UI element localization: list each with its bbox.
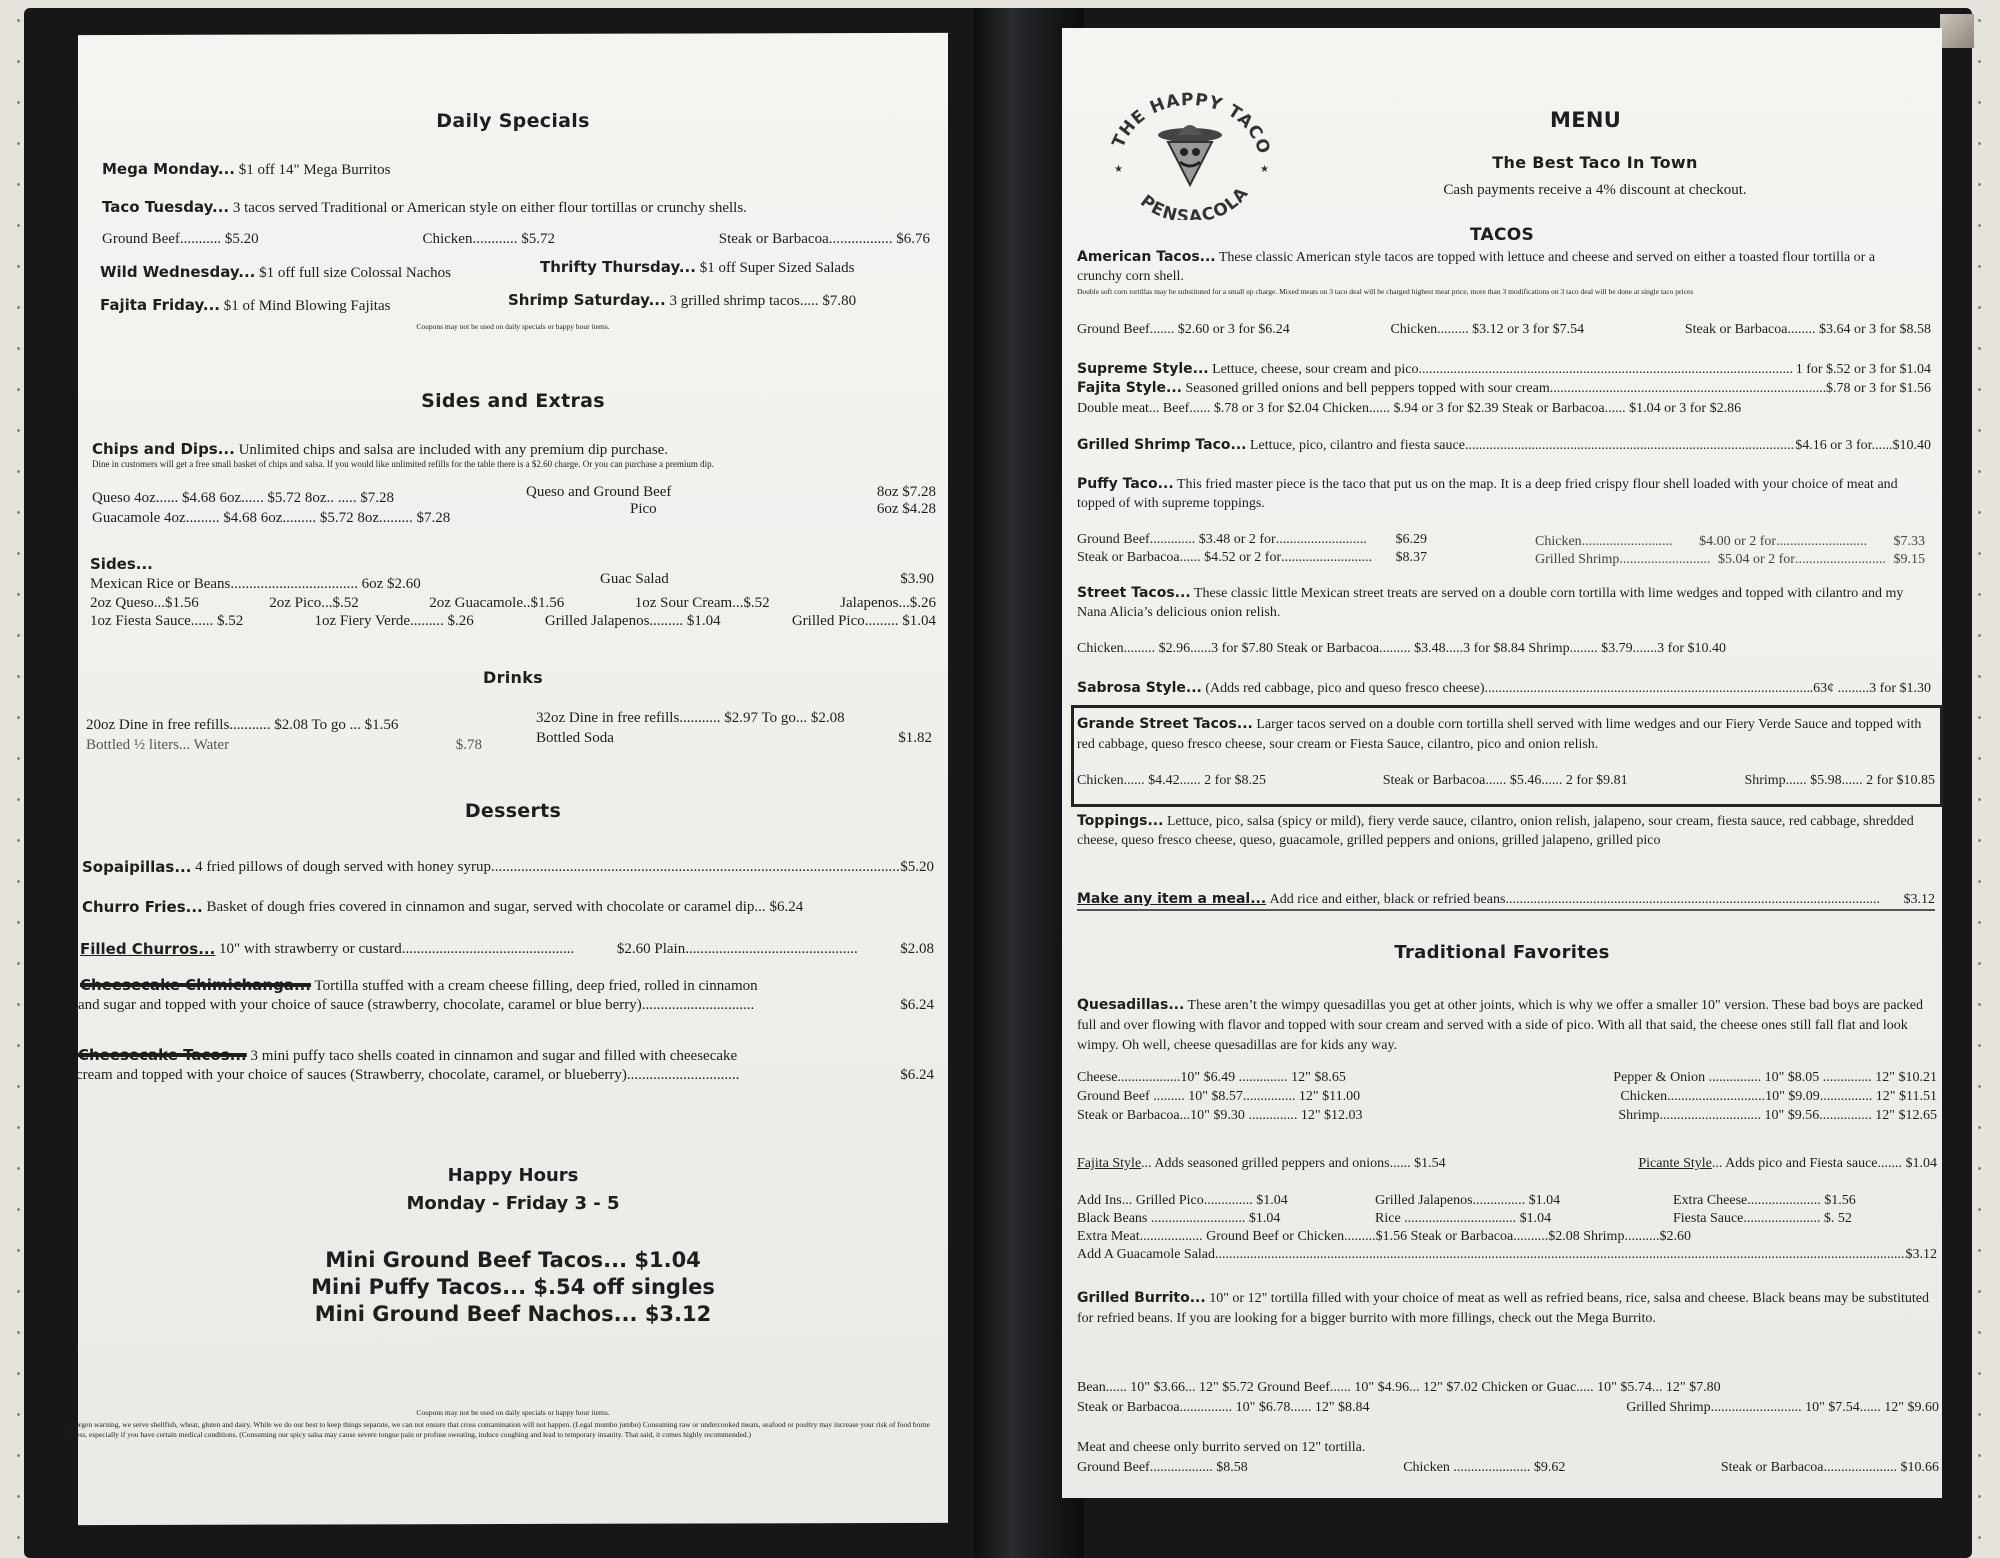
item-price: $3.90 (900, 570, 934, 589)
quesadilla-row: Ground Beef ......... 10" $8.57.........… (1077, 1087, 1937, 1106)
binder-corner (1940, 14, 1974, 48)
section-title: TACOS (1062, 225, 1942, 245)
item-text: 3 grilled shrimp tacos (669, 293, 799, 309)
cash-discount-note: Cash payments receive a 4% discount at c… (1400, 181, 1790, 200)
meat-cheese-note: Meat and cheese only burrito served on 1… (1077, 1438, 1365, 1457)
item-text: 3 tacos served Traditional or American s… (233, 200, 747, 216)
happy-hours-title: Happy Hours (78, 1165, 948, 1186)
extra-meat-row: Extra Meat.................. Ground Beef… (1077, 1228, 1937, 1246)
section-title: Desserts (78, 800, 948, 822)
price-entry: Chicken............ $5.72 (422, 230, 555, 249)
item-text: Unlimited chips and salsa are included w… (239, 442, 668, 458)
sides-label: Sides... (90, 555, 153, 573)
svg-text:★: ★ (1114, 164, 1123, 175)
item-price: $1.82 (898, 729, 932, 748)
allergen-warning: Allergen warning, we serve shellfish, wh… (66, 1420, 934, 1440)
quesadilla-row: Cheese..................10" $6.49 ......… (1077, 1068, 1937, 1087)
burrito-prices: Bean...... 10" $3.66... 12" $5.72 Ground… (1077, 1378, 1721, 1397)
price-entry: Steak or Barbacoa................. $6.76 (719, 230, 930, 249)
section-title: Traditional Favorites (1062, 942, 1942, 963)
price-entry: Ground Beef........... $5.20 (102, 230, 259, 249)
item-label: Thrifty Thursday... (540, 258, 696, 276)
item-label: Fajita Friday... (100, 296, 220, 314)
section-title: Drinks (78, 668, 948, 687)
add-ins-row: Add Ins... Grilled Pico.............. $1… (1077, 1192, 1937, 1210)
add-ins-row: Black Beans ........................... … (1077, 1210, 1937, 1228)
double-meat-row: Double meat... Beef...... $.78 or 3 for … (1077, 399, 1741, 418)
item-text: $1 off full size Colossal Nachos (259, 265, 451, 281)
drink-row: 32oz Dine in free refills........... $2.… (536, 709, 845, 728)
item-price: 6oz $4.28 (877, 500, 936, 519)
item-name: Bottled ½ liters... Water (86, 736, 229, 755)
item-name: Mexican Rice or Beans (90, 576, 230, 592)
item-price: 6oz $2.60 (362, 576, 421, 592)
drink-row: 20oz Dine in free refills........... $2.… (86, 716, 398, 735)
item-name: Bottled Soda (536, 729, 614, 748)
happy-hours-schedule: Monday - Friday 3 - 5 (78, 1193, 948, 1214)
chips-note: Dine in customers will get a free small … (92, 459, 932, 470)
item-label: Taco Tuesday... (102, 198, 229, 216)
item-label: Mega Monday... (102, 160, 235, 178)
item-text: $1 off 14" Mega Burritos (239, 162, 391, 178)
svg-text:PENSACOLA: PENSACOLA (1136, 183, 1253, 220)
item-price: $.78 (456, 736, 482, 755)
menu-title: MENU (1550, 108, 1621, 132)
street-taco-prices: Chicken......... $2.96......3 for $7.80 … (1077, 639, 1726, 658)
happy-hour-item: Mini Ground Beef Tacos... $1.04 (78, 1248, 948, 1272)
coupon-note: Coupons may not be used on daily special… (78, 1408, 948, 1418)
happy-taco-logo-icon: THE HAPPY TACO PENSACOLA ★★ (1100, 90, 1280, 220)
american-taco-note: Double soft corn tortillas may be substi… (1077, 287, 1937, 297)
svg-text:★: ★ (1260, 164, 1269, 175)
section-title: Daily Specials (78, 110, 948, 132)
queso-prices: Queso 4oz...... $4.68 6oz...... $5.72 8o… (92, 489, 394, 508)
quesadilla-row: Steak or Barbacoa...10" $9.30 ..........… (1077, 1106, 1937, 1125)
happy-hour-item: Mini Ground Beef Nachos... $3.12 (78, 1302, 948, 1326)
guacamole-prices: Guacamole 4oz......... $4.68 6oz........… (92, 509, 450, 528)
item-label: Wild Wednesday... (100, 263, 255, 281)
guac-salad-row: Add A Guacamole Salad ..................… (1077, 1246, 1937, 1264)
happy-hour-item: Mini Puffy Tacos... $.54 off singles (78, 1275, 948, 1299)
item-text: $1 off Super Sized Salads (700, 260, 855, 276)
tagline: The Best Taco In Town (1420, 153, 1770, 172)
item-label: Chips and Dips... (92, 440, 235, 458)
item-text: $1 of Mind Blowing Fajitas (224, 298, 391, 314)
item-label: Shrimp Saturday... (508, 291, 666, 309)
item-name: Guac Salad (600, 570, 669, 589)
item-name: Pico (630, 500, 657, 519)
coupon-note: Coupons may not be used on daily special… (78, 322, 948, 332)
item-price: $7.80 (822, 293, 856, 309)
section-title: Sides and Extras (78, 390, 948, 412)
